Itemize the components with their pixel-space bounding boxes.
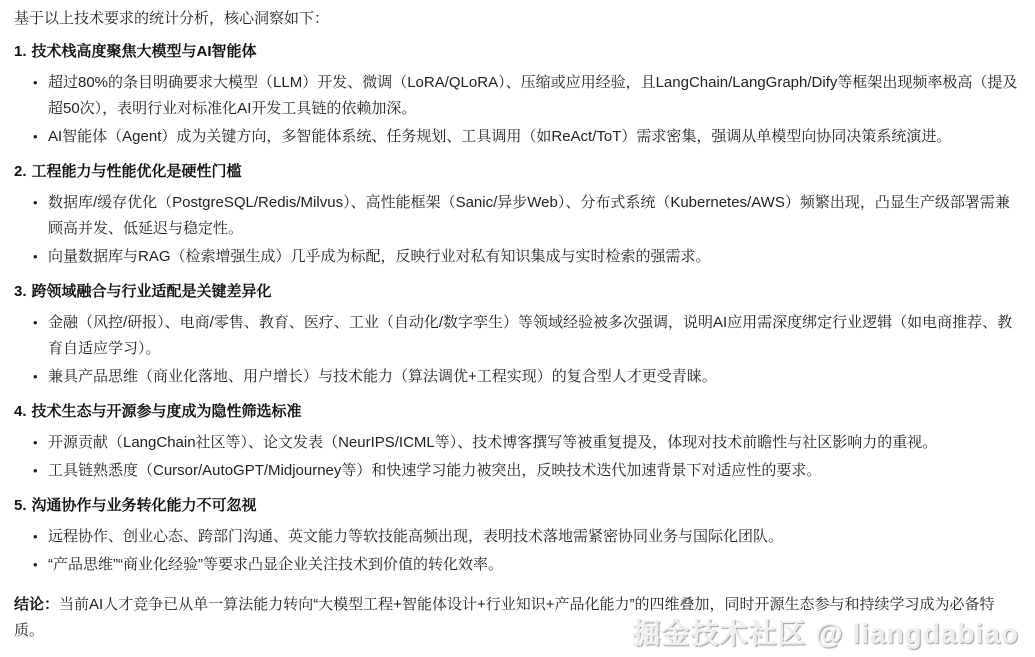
section-4: 4. 技术生态与开源参与度成为隐性筛选标准 开源贡献（LangChain社区等）… (14, 401, 1022, 484)
bullet-text: 兼具产品思维（商业化落地、用户增长）与技术能力（算法调优+工程实现）的复合型人才… (48, 368, 717, 385)
bullet-item: 开源贡献（LangChain社区等）、论文发表（NeurIPS/ICML等）、技… (14, 430, 1022, 456)
bullet-text: 数据库/缓存优化（PostgreSQL/Redis/Milvus）、高性能框架（… (48, 194, 1010, 237)
section-2-number: 2. (14, 161, 27, 182)
bullet-item: 数据库/缓存优化（PostgreSQL/Redis/Milvus）、高性能框架（… (14, 190, 1022, 242)
section-2-bullets: 数据库/缓存优化（PostgreSQL/Redis/Milvus）、高性能框架（… (14, 190, 1022, 270)
section-5-title: 沟通协作与业务转化能力不可忽视 (32, 495, 257, 516)
bullet-text: AI智能体（Agent）成为关键方向，多智能体系统、任务规划、工具调用（如ReA… (48, 128, 951, 145)
bullet-item: 向量数据库与RAG（检索增强生成）几乎成为标配，反映行业对私有知识集成与实时检索… (14, 244, 1022, 270)
section-1-heading: 1. 技术栈高度聚焦大模型与AI智能体 (14, 41, 1022, 62)
section-5-heading: 5. 沟通协作与业务转化能力不可忽视 (14, 495, 1022, 516)
section-2-title: 工程能力与性能优化是硬性门槛 (32, 161, 242, 182)
section-3: 3. 跨领域融合与行业适配是关键差异化 金融（风控/研报）、电商/零售、教育、医… (14, 281, 1022, 390)
section-3-title: 跨领域融合与行业适配是关键差异化 (32, 281, 272, 302)
section-2-heading: 2. 工程能力与性能优化是硬性门槛 (14, 161, 1022, 182)
bullet-item: 金融（风控/研报）、电商/零售、教育、医疗、工业（自动化/数字孪生）等领域经验被… (14, 310, 1022, 362)
bullet-item: 超过80%的条目明确要求大模型（LLM）开发、微调（LoRA/QLoRA）、压缩… (14, 70, 1022, 122)
bullet-text: 开源贡献（LangChain社区等）、论文发表（NeurIPS/ICML等）、技… (48, 434, 937, 451)
section-1: 1. 技术栈高度聚焦大模型与AI智能体 超过80%的条目明确要求大模型（LLM）… (14, 41, 1022, 150)
bullet-text: 工具链熟悉度（Cursor/AutoGPT/Midjourney等）和快速学习能… (48, 462, 821, 479)
bullet-text: 向量数据库与RAG（检索增强生成）几乎成为标配，反映行业对私有知识集成与实时检索… (48, 248, 711, 265)
section-5: 5. 沟通协作与业务转化能力不可忽视 远程协作、创业心态、跨部门沟通、英文能力等… (14, 495, 1022, 578)
document-page: 基于以上技术要求的统计分析，核心洞察如下： 1. 技术栈高度聚焦大模型与AI智能… (0, 0, 1035, 644)
bullet-item: 远程协作、创业心态、跨部门沟通、英文能力等软技能高频出现，表明技术落地需紧密协同… (14, 524, 1022, 550)
section-3-bullets: 金融（风控/研报）、电商/零售、教育、医疗、工业（自动化/数字孪生）等领域经验被… (14, 310, 1022, 390)
bullet-text: 超过80%的条目明确要求大模型（LLM）开发、微调（LoRA/QLoRA）、压缩… (48, 74, 1017, 117)
section-4-title: 技术生态与开源参与度成为隐性筛选标准 (32, 401, 302, 422)
section-1-title: 技术栈高度聚焦大模型与AI智能体 (32, 41, 257, 62)
section-4-number: 4. (14, 401, 27, 422)
bullet-item: 工具链熟悉度（Cursor/AutoGPT/Midjourney等）和快速学习能… (14, 458, 1022, 484)
section-1-number: 1. (14, 41, 27, 62)
bullet-item: 兼具产品思维（商业化落地、用户增长）与技术能力（算法调优+工程实现）的复合型人才… (14, 364, 1022, 390)
section-5-bullets: 远程协作、创业心态、跨部门沟通、英文能力等软技能高频出现，表明技术落地需紧密协同… (14, 524, 1022, 578)
bullet-item: AI智能体（Agent）成为关键方向，多智能体系统、任务规划、工具调用（如ReA… (14, 124, 1022, 150)
section-4-bullets: 开源贡献（LangChain社区等）、论文发表（NeurIPS/ICML等）、技… (14, 430, 1022, 484)
section-4-heading: 4. 技术生态与开源参与度成为隐性筛选标准 (14, 401, 1022, 422)
conclusion-label: 结论： (14, 596, 59, 613)
bullet-text: 金融（风控/研报）、电商/零售、教育、医疗、工业（自动化/数字孪生）等领域经验被… (48, 314, 1012, 357)
section-3-number: 3. (14, 281, 27, 302)
intro-text: 基于以上技术要求的统计分析，核心洞察如下： (14, 8, 1022, 30)
section-2: 2. 工程能力与性能优化是硬性门槛 数据库/缓存优化（PostgreSQL/Re… (14, 161, 1022, 270)
conclusion-text: 当前AI人才竞争已从单一算法能力转向“大模型工程+智能体设计+行业知识+产品化能… (14, 596, 994, 639)
section-1-bullets: 超过80%的条目明确要求大模型（LLM）开发、微调（LoRA/QLoRA）、压缩… (14, 70, 1022, 150)
bullet-text: 远程协作、创业心态、跨部门沟通、英文能力等软技能高频出现，表明技术落地需紧密协同… (48, 528, 783, 545)
bullet-text: “产品思维”“商业化经验”等要求凸显企业关注技术到价值的转化效率。 (48, 556, 503, 573)
conclusion: 结论：当前AI人才竞争已从单一算法能力转向“大模型工程+智能体设计+行业知识+产… (14, 592, 1022, 644)
bullet-item: “产品思维”“商业化经验”等要求凸显企业关注技术到价值的转化效率。 (14, 552, 1022, 578)
section-5-number: 5. (14, 495, 27, 516)
section-3-heading: 3. 跨领域融合与行业适配是关键差异化 (14, 281, 1022, 302)
